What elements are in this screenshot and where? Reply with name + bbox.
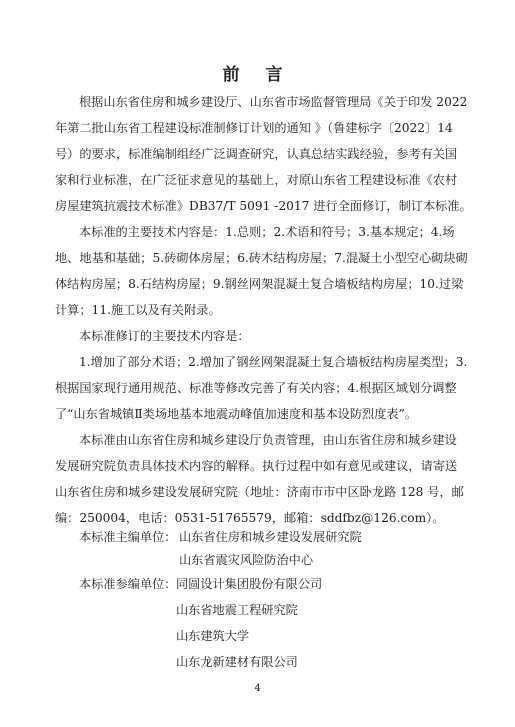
chief-editor-unit: 山东省住房和城乡建设发展研究院 — [179, 528, 362, 545]
text-line: 年第二批山东省工程建设标准制修订计划的通知 》（鲁建标字〔2022〕14 — [55, 115, 455, 141]
participating-editor-unit: 山东龙新建材有限公司 — [176, 653, 298, 670]
text-line: 山东省住房和城乡建设发展研究院（地址：济南市市中区卧龙路 128 号，邮 — [55, 479, 455, 505]
paragraph-revision-content: 1.增加了部分术语；2.增加了钢丝网架混凝土复合墙板结构房屋类型；3. 根据国家… — [55, 349, 455, 427]
participating-editor-unit: 山东省地震工程研究院 — [176, 601, 298, 618]
text-line: 号）的要求，标准编制组经广泛调查研究，认真总结实践经验，参考有关国 — [55, 141, 455, 167]
text-line: 了“山东省城镇Ⅱ类场地基本地震动峰值加速度和基本设防烈度表”。 — [55, 401, 455, 427]
participating-editor-label: 本标准参编单位： — [79, 575, 177, 592]
paragraph-management: 本标准由山东省住房和城乡建设厅负责管理，由山东省住房和城乡建设 发展研究院负责具… — [55, 427, 455, 531]
text-line: 体结构房屋；8.石结构房屋；9.钢丝网架混凝土复合墙板结构房屋；10.过梁 — [55, 271, 455, 297]
chief-editor-label: 本标准主编单位： — [79, 528, 177, 545]
paragraph-revision-heading: 本标准修订的主要技术内容是： — [55, 323, 455, 349]
text-line: 本标准的主要技术内容是：1.总则；2.术语和符号；3.基本规定；4.场 — [55, 219, 455, 245]
paragraph-basis: 根据山东省住房和城乡建设厅、山东省市场监督管理局《关于印发 2022 年第二批山… — [55, 89, 455, 219]
paragraph-main-content: 本标准的主要技术内容是：1.总则；2.术语和符号；3.基本规定；4.场 地、地基… — [55, 219, 455, 323]
page-title: 前 言 — [0, 60, 515, 85]
participating-editor-unit: 山东建筑大学 — [176, 627, 249, 644]
text-line: 根据山东省住房和城乡建设厅、山东省市场监督管理局《关于印发 2022 — [55, 89, 455, 115]
text-line: 本标准由山东省住房和城乡建设厅负责管理，由山东省住房和城乡建设 — [55, 427, 455, 453]
page-number: 4 — [0, 683, 515, 694]
text-line: 本标准修订的主要技术内容是： — [55, 323, 455, 349]
text-line: 家和行业标准，在广泛征求意见的基础上，对原山东省工程建设标准《农村 — [55, 167, 455, 193]
participating-editor-unit: 同圆设计集团股份有限公司 — [176, 575, 322, 592]
text-line: 计算；11.施工以及有关附录。 — [55, 297, 455, 323]
text-line: 房屋建筑抗震技术标准》DB37/T 5091 -2017 进行全面修订，制订本标… — [55, 193, 455, 219]
chief-editor-unit: 山东省震灾风险防治中心 — [179, 551, 313, 568]
text-line: 发展研究院负责具体技术内容的解释。执行过程中如有意见或建议，请寄送 — [55, 453, 455, 479]
text-line: 根据国家现行通用规范、标准等修改完善了有关内容；4.根据区域划分调整 — [55, 375, 455, 401]
text-line: 地、地基和基础；5.砖砌体房屋；6.砖木结构房屋；7.混凝土小型空心砌块砌 — [55, 245, 455, 271]
text-line: 1.增加了部分术语；2.增加了钢丝网架混凝土复合墙板结构房屋类型；3. — [55, 349, 455, 375]
